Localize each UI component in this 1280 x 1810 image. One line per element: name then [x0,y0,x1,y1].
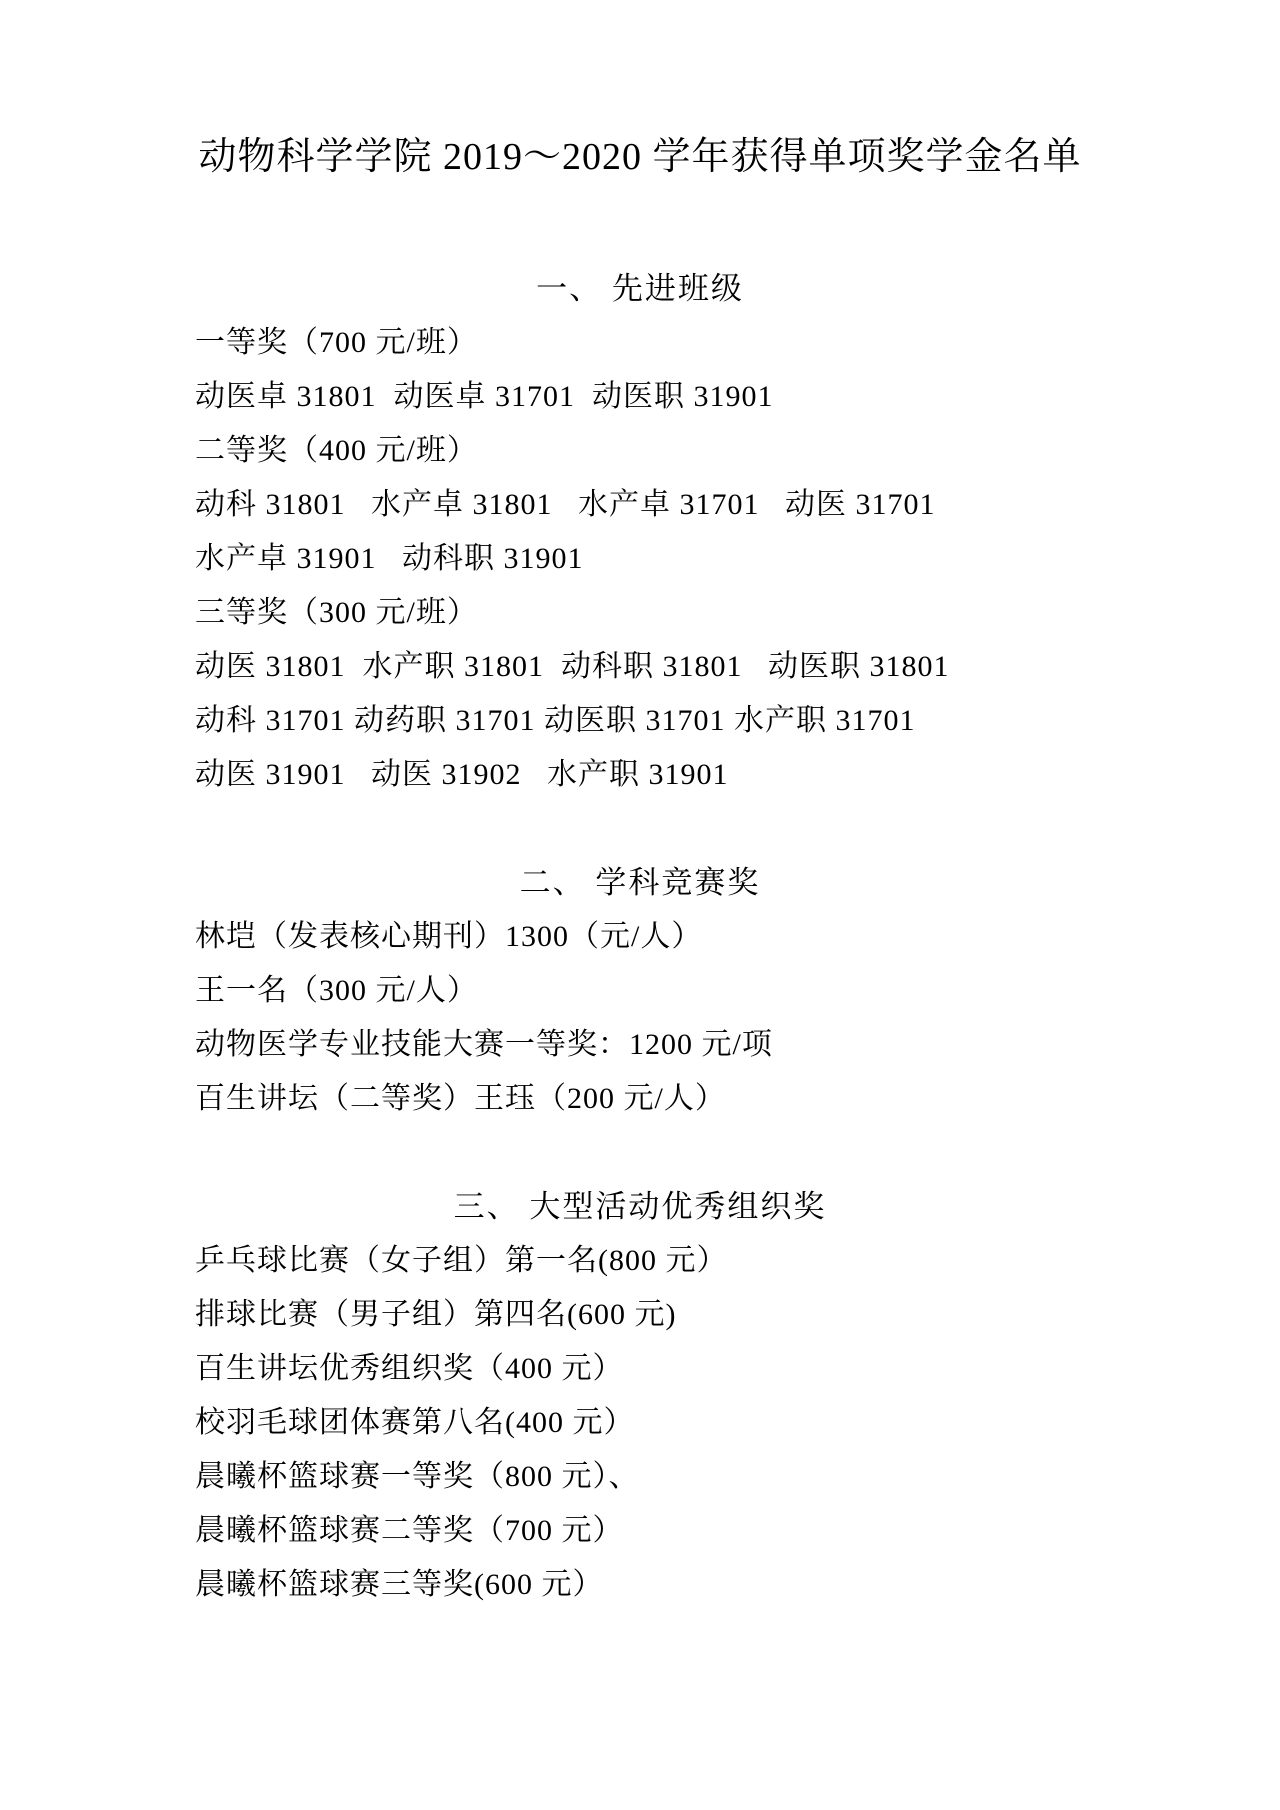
text-line: 一等奖（700 元/班） [195,316,1085,370]
text-line: 林垲（发表核心期刊）1300（元/人） [195,910,1085,964]
text-line: 动科 31801 水产卓 31801 水产卓 31701 动医 31701 [195,478,1085,532]
text-line: 晨曦杯篮球赛三等奖(600 元） [195,1558,1085,1612]
section-activity-organization: 三、 大型活动优秀组织奖 乒乓球比赛（女子组）第一名(800 元） 排球比赛（男… [195,1180,1085,1612]
text-line: 王一名（300 元/人） [195,964,1085,1018]
text-line: 三等奖（300 元/班） [195,586,1085,640]
document-page: 动物科学学院 2019～2020 学年获得单项奖学金名单 一、 先进班级 一等奖… [0,0,1280,1810]
text-line: 校羽毛球团体赛第八名(400 元） [195,1396,1085,1450]
section-subject-competition: 二、 学科竞赛奖 林垲（发表核心期刊）1300（元/人） 王一名（300 元/人… [195,856,1085,1126]
text-line: 动科 31701 动药职 31701 动医职 31701 水产职 31701 [195,694,1085,748]
text-line: 乒乓球比赛（女子组）第一名(800 元） [195,1234,1085,1288]
section-heading-activity-organization: 三、 大型活动优秀组织奖 [195,1180,1085,1234]
section-heading-advanced-class: 一、 先进班级 [195,262,1085,316]
document-title: 动物科学学院 2019～2020 学年获得单项奖学金名单 [195,132,1085,182]
text-line: 排球比赛（男子组）第四名(600 元) [195,1288,1085,1342]
text-line: 晨曦杯篮球赛二等奖（700 元） [195,1504,1085,1558]
text-line: 百生讲坛（二等奖）王珏（200 元/人） [195,1072,1085,1126]
text-line: 水产卓 31901 动科职 31901 [195,532,1085,586]
section-heading-subject-competition: 二、 学科竞赛奖 [195,856,1085,910]
text-line: 动医 31801 水产职 31801 动科职 31801 动医职 31801 [195,640,1085,694]
text-line: 动物医学专业技能大赛一等奖：1200 元/项 [195,1018,1085,1072]
text-line: 动医 31901 动医 31902 水产职 31901 [195,748,1085,802]
text-line: 百生讲坛优秀组织奖（400 元） [195,1342,1085,1396]
section-advanced-class: 一、 先进班级 一等奖（700 元/班） 动医卓 31801 动医卓 31701… [195,262,1085,802]
text-line: 晨曦杯篮球赛一等奖（800 元）、 [195,1450,1085,1504]
text-line: 二等奖（400 元/班） [195,424,1085,478]
text-line: 动医卓 31801 动医卓 31701 动医职 31901 [195,370,1085,424]
